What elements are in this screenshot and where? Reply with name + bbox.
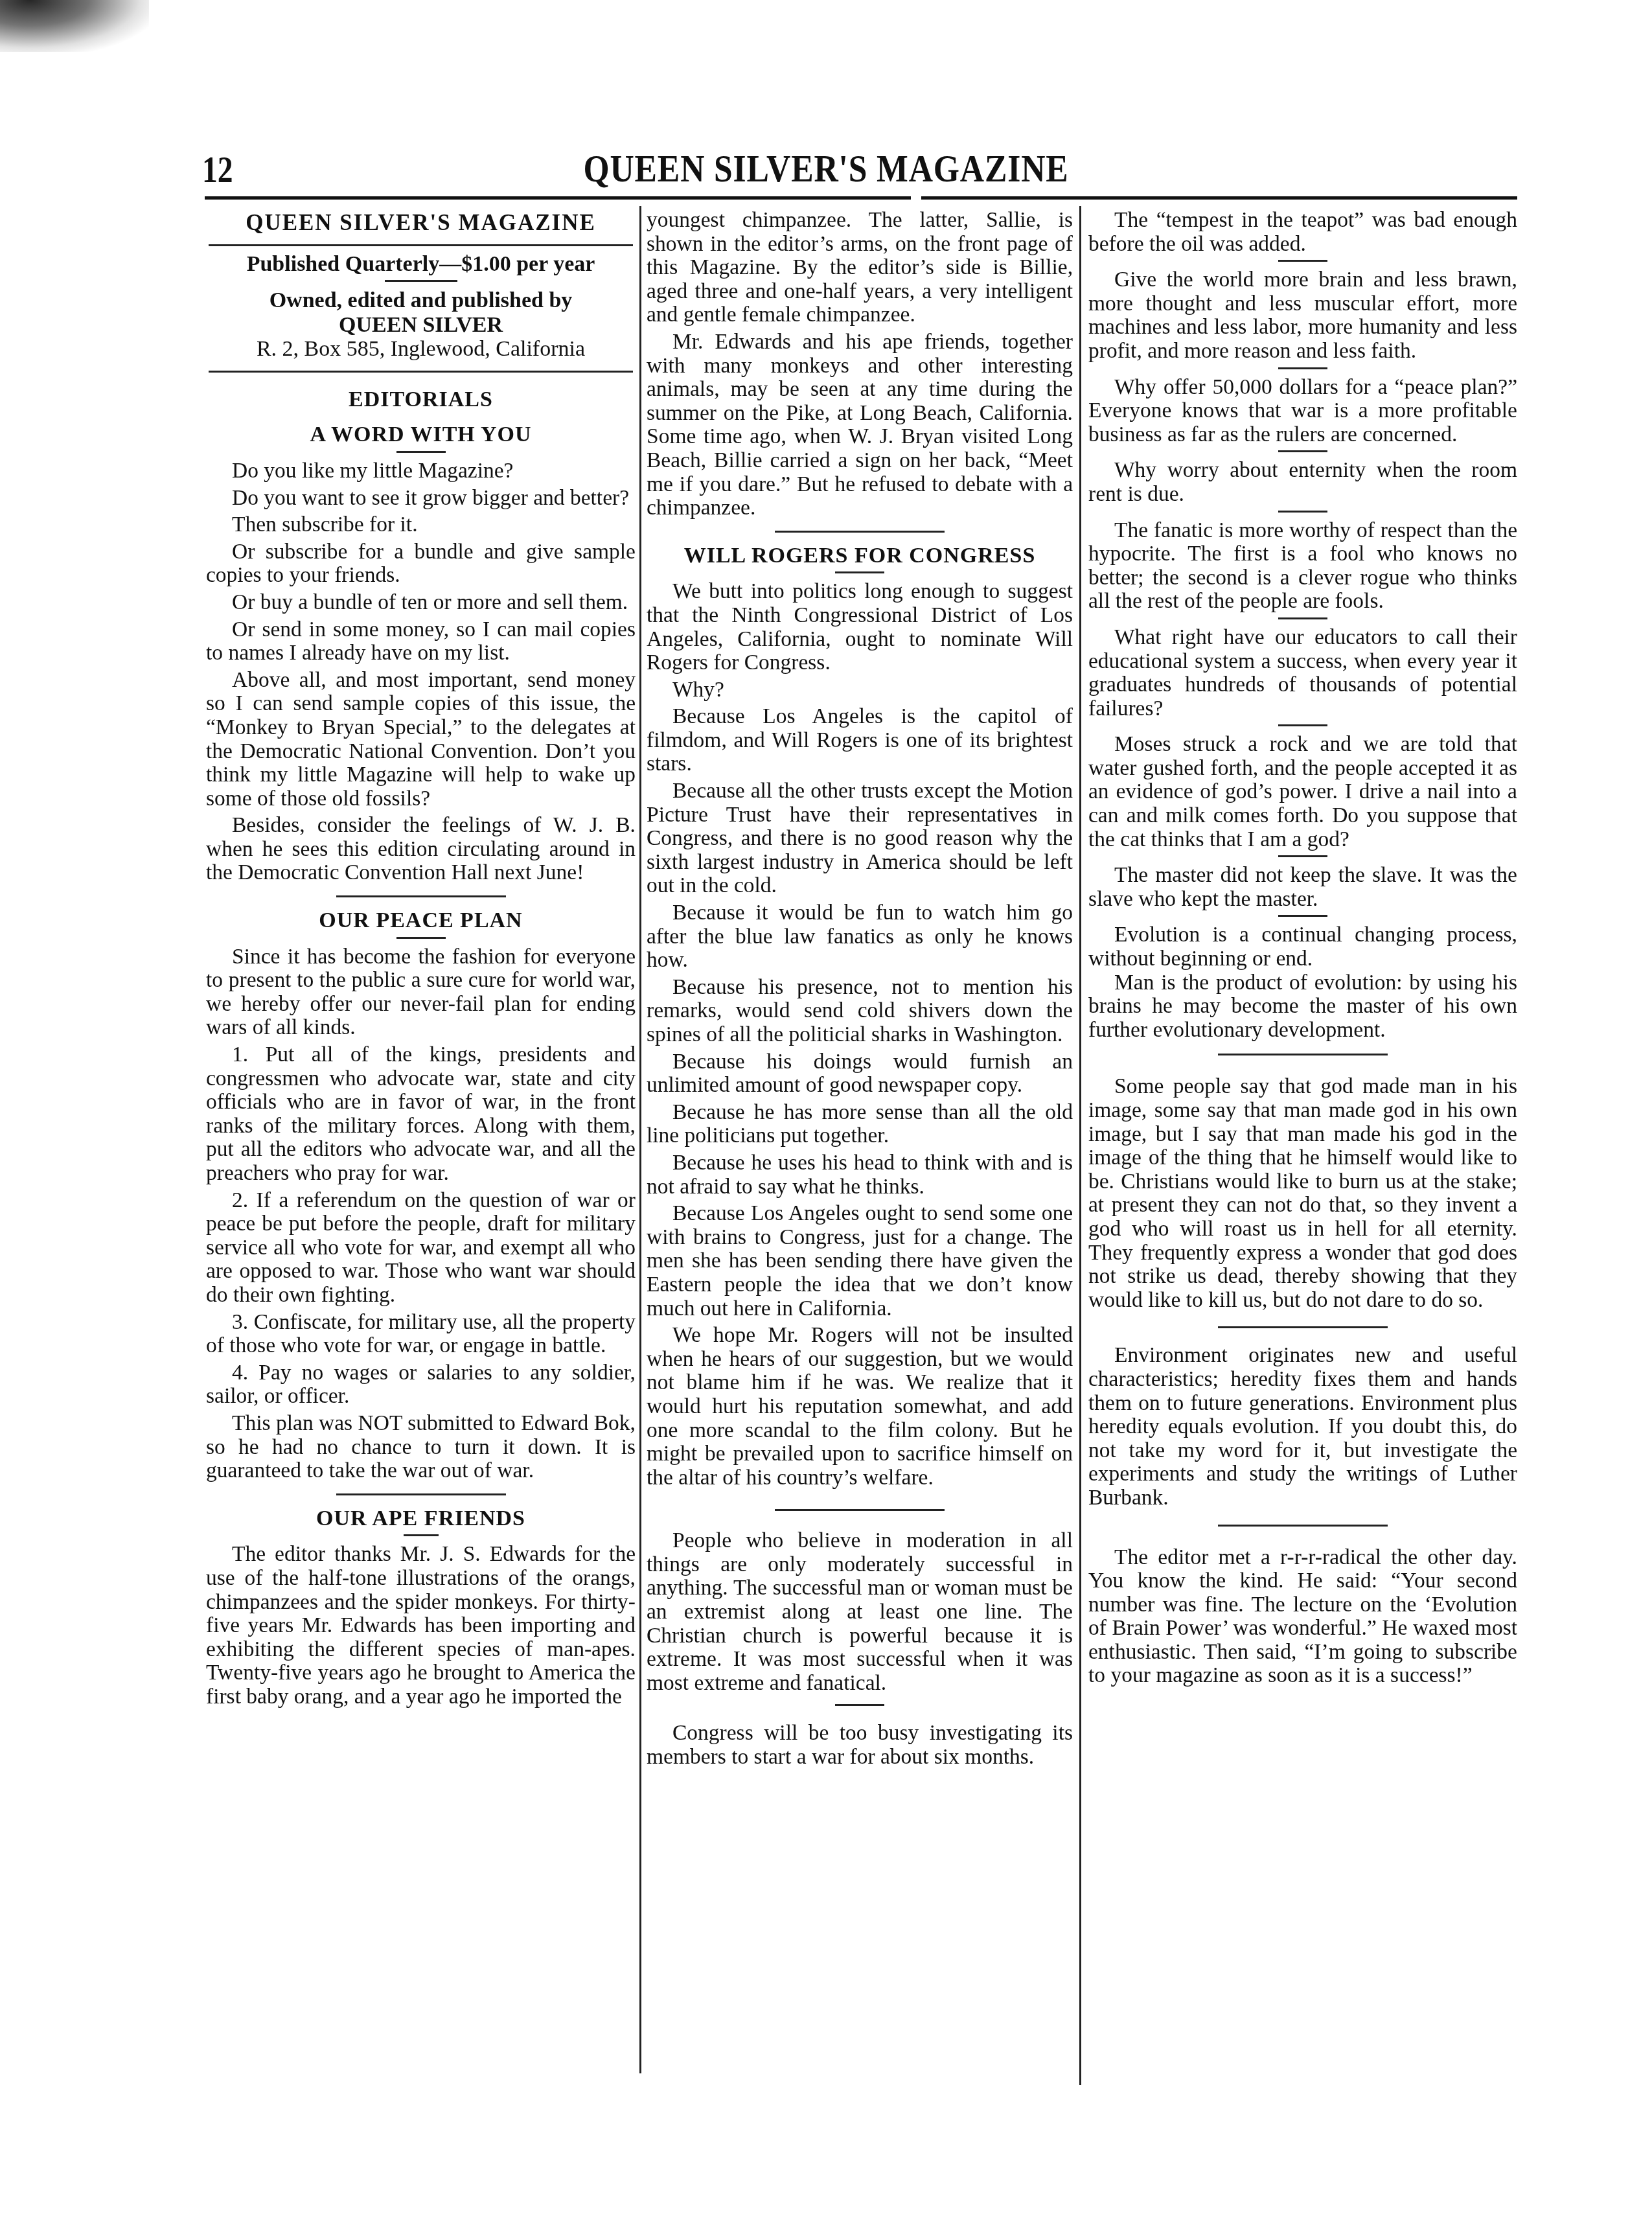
- masthead-publisher: QUEEN SILVER: [206, 313, 636, 338]
- paragraph: Some people say that god made man in his…: [1088, 1075, 1517, 1312]
- header-rule-left: [205, 196, 911, 200]
- paragraph: We butt into politics long enough to sug…: [647, 580, 1073, 674]
- scan-smudge: [0, 0, 149, 52]
- paragraph: Because he uses his head to think with a…: [647, 1151, 1073, 1199]
- paragraph: Congress will be too busy investi­gating…: [647, 1722, 1073, 1769]
- paragraph: This plan was NOT submitted to Edward Bo…: [206, 1412, 636, 1483]
- paragraph: Because it would be fun to watch him go …: [647, 901, 1073, 973]
- divider: [396, 937, 446, 939]
- paragraph: What right have our educators to call th…: [1088, 626, 1517, 720]
- divider: [1278, 511, 1327, 513]
- divider: [835, 571, 884, 573]
- divider: [1278, 724, 1327, 726]
- paragraph: Do you like my little Magazine?: [206, 459, 636, 483]
- paragraph: youngest chimpanzee. The latter, Sallie,…: [647, 209, 1073, 327]
- masthead-ownership: Owned, edited and published by: [206, 288, 636, 313]
- paragraph: 4. Pay no wages or salaries to any soldi…: [206, 1361, 636, 1409]
- column-divider-right: [1079, 206, 1081, 2085]
- masthead-rule: [209, 244, 633, 246]
- paragraph: Because his doings would furnish an unli…: [647, 1050, 1073, 1098]
- middle-column: youngest chimpanzee. The latter, Sallie,…: [647, 206, 1073, 1773]
- paragraph: The “tempest in the teapot” was bad enou…: [1088, 209, 1517, 256]
- paragraph: Environment originates new and useful ch…: [1088, 1344, 1517, 1510]
- divider: [1278, 260, 1327, 262]
- left-column: QUEEN SILVER'S MAGAZINE Published Quarte…: [206, 206, 636, 1712]
- paragraph: Give the world more brain and less brawn…: [1088, 268, 1517, 363]
- paragraph: Or send in some money, so I can mail cop…: [206, 618, 636, 665]
- masthead-price: Published Quarterly—$1.00 per year: [206, 253, 636, 277]
- divider: [1278, 367, 1327, 369]
- divider: [775, 531, 945, 533]
- paragraph: Since it has become the fashion for ever…: [206, 945, 636, 1040]
- paragraph: Or subscribe for a bundle and give sampl…: [206, 540, 636, 588]
- divider: [1278, 450, 1327, 452]
- paragraph: Because Los Angeles ought to send some o…: [647, 1202, 1073, 1320]
- divider: [1218, 1326, 1388, 1328]
- paragraph: Moses struck a rock and we are told that…: [1088, 733, 1517, 851]
- paragraph: The editor thanks Mr. J. S. Ed­wards for…: [206, 1543, 636, 1709]
- divider: [1278, 915, 1327, 917]
- article-heading: WILL ROGERS FOR CONGRESS: [647, 544, 1073, 568]
- masthead-title: QUEEN SILVER'S MAGAZINE: [206, 211, 636, 235]
- divider: [336, 1493, 506, 1495]
- paragraph: The editor met a r-r-r-radical the other…: [1088, 1546, 1517, 1689]
- divider: [1278, 855, 1327, 857]
- divider: [775, 1509, 945, 1511]
- paragraph: The master did not keep the slave. It wa…: [1088, 864, 1517, 911]
- running-title: QUEEN SILVER'S MAGAZINE: [116, 146, 1537, 191]
- paragraph: Why?: [647, 678, 1073, 702]
- divider: [404, 1534, 439, 1536]
- divider: [385, 280, 457, 282]
- divider: [1278, 617, 1327, 619]
- paragraph: Mr. Edwards and his ape friends, togethe…: [647, 330, 1073, 520]
- paragraph: 1. Put all of the kings, presi­dents and…: [206, 1043, 636, 1186]
- paragraph: The fanatic is more worthy of re­spect t…: [1088, 519, 1517, 614]
- header-rule-right: [921, 196, 1517, 200]
- paragraph: Why worry about enternity when the room …: [1088, 459, 1517, 506]
- paragraph: Or buy a bundle of ten or more and sell …: [206, 591, 636, 615]
- article-heading: OUR APE FRIENDS: [206, 1507, 636, 1531]
- paragraph: People who believe in moderation in all …: [647, 1529, 1073, 1695]
- masthead-address: R. 2, Box 585, Inglewood, California: [206, 338, 636, 362]
- right-column: The “tempest in the teapot” was bad enou…: [1088, 206, 1517, 1691]
- paragraph: Do you want to see it grow big­ger and b…: [206, 487, 636, 511]
- divider: [396, 451, 446, 453]
- masthead-rule: [209, 371, 633, 373]
- paragraph: Besides, consider the feelings of W. J. …: [206, 814, 636, 885]
- paragraph: Above all, and most important, send mone…: [206, 669, 636, 811]
- divider: [835, 1704, 884, 1706]
- paragraph: 2. If a referendum on the ques­tion of w…: [206, 1189, 636, 1308]
- article-heading: A WORD WITH YOU: [206, 423, 636, 447]
- section-heading-editorials: EDITORIALS: [206, 388, 636, 412]
- paragraph: 3. Confiscate, for military use, all the…: [206, 1311, 636, 1358]
- paragraph: Evolution is a continual changing proces…: [1088, 923, 1517, 971]
- paragraph: We hope Mr. Rogers will not be insulted …: [647, 1324, 1073, 1490]
- paragraph: Because Los Angeles is the capi­tol of f…: [647, 705, 1073, 776]
- divider: [336, 895, 506, 897]
- divider: [1218, 1525, 1388, 1527]
- paragraph: Because he has more sense than all the o…: [647, 1101, 1073, 1148]
- paragraph: Then subscribe for it.: [206, 513, 636, 537]
- paragraph: Why offer 50,000 dollars for a “peace pl…: [1088, 376, 1517, 447]
- paragraph: Because his presence, not to men­tion hi…: [647, 976, 1073, 1047]
- column-divider-left: [639, 206, 641, 2073]
- divider: [1218, 1054, 1388, 1055]
- paragraph: Because all the other trusts ex­cept the…: [647, 779, 1073, 898]
- paragraph: Man is the product of evolution: by usin…: [1088, 971, 1517, 1043]
- article-heading: OUR PEACE PLAN: [206, 909, 636, 933]
